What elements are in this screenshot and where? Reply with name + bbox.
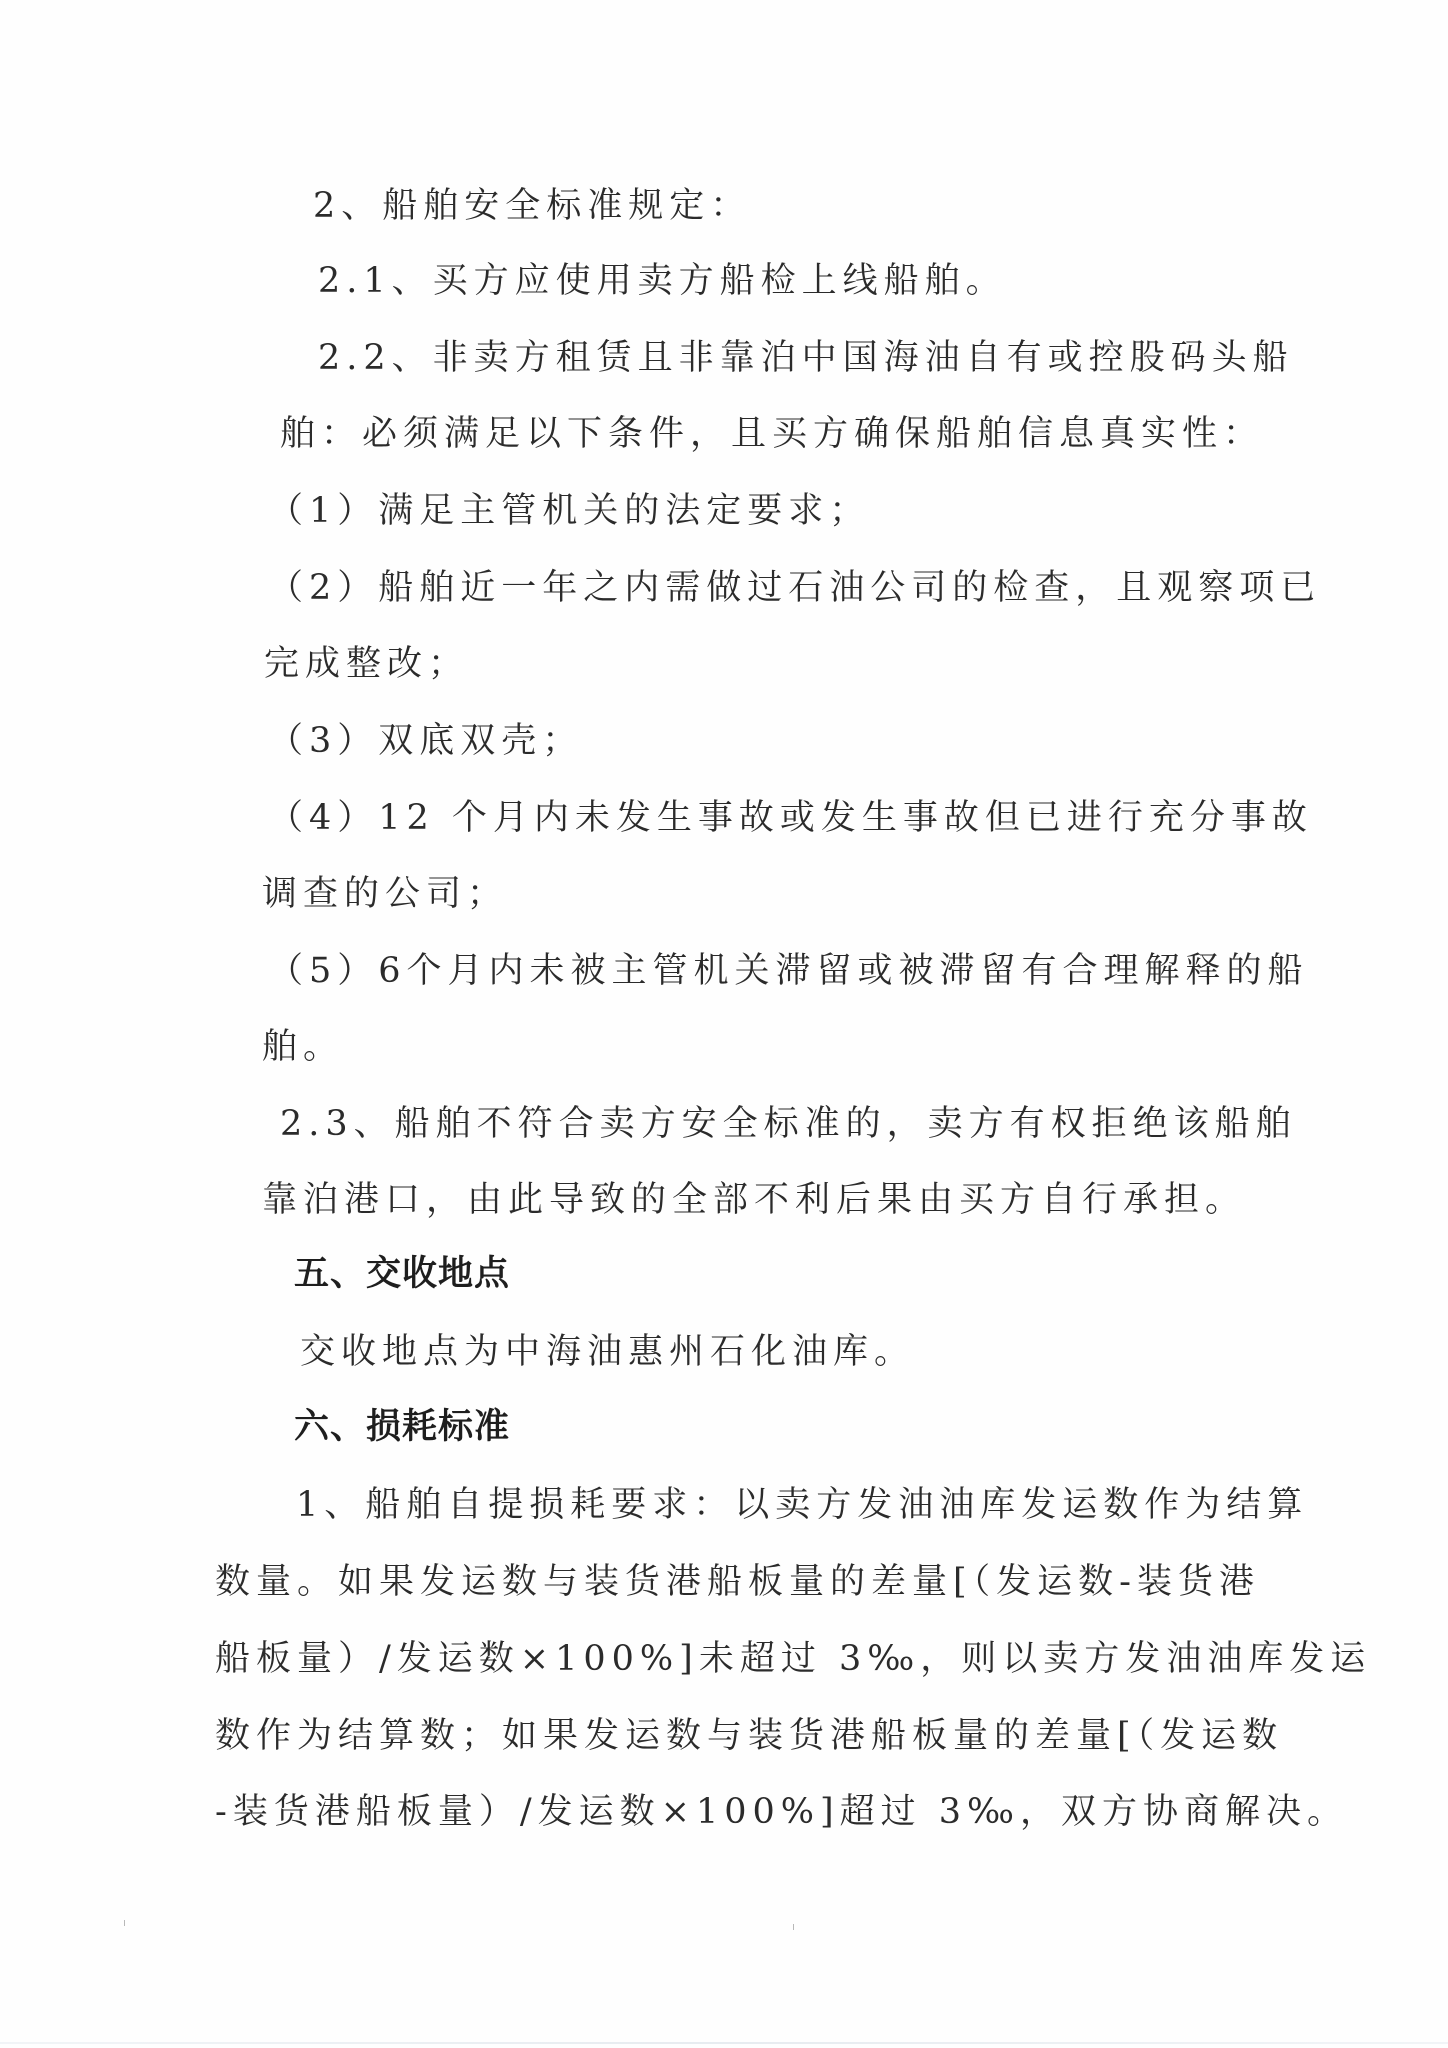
loss-clause-1-line-5: -装货港船板量）/发运数×100%]超过 3‰，双方协商解决。 [215,1790,1348,1834]
scan-speck [124,1920,125,1926]
loss-clause-1-line-4: 数作为结算数；如果发运数与装货港船板量的差量[（发运数 [215,1714,1230,1758]
condition-1: （1）满足主管机关的法定要求； [268,489,870,533]
loss-clause-1-line-2: 数量。如果发运数与装货港船板量的差量[（发运数-装货港 [215,1560,1230,1604]
document-page: 2、船舶安全标准规定： 2.1、买方应使用卖方船检上线船舶。 2.2、非卖方租赁… [0,0,1448,2048]
clause-2-2-line-2: 舶：必须满足以下条件，且买方确保船舶信息真实性： [280,412,1185,456]
condition-2-line-1: （2）船舶近一年之内需做过石油公司的检查，且观察项已 [268,566,1246,610]
condition-3: （3）双底双壳； [268,719,583,763]
condition-2-line-2: 完成整改； [264,642,469,686]
scan-edge-line [0,2042,1448,2044]
scan-speck [793,1924,794,1930]
loss-clause-1-line-3: 船板量）/发运数×100%]未超过 3‰，则以卖方发油油库发运 [215,1637,1230,1681]
condition-4-line-2: 调查的公司； [262,872,508,916]
clause-2-3-line-1: 2.3、船舶不符合卖方安全标准的，卖方有权拒绝该船舶 [280,1102,1245,1146]
clause-2-2-line-1: 2.2、非卖方租赁且非靠泊中国海油自有或控股码头船 [318,336,1248,380]
condition-5-line-1: （5）6个月内未被主管机关滞留或被滞留有合理解释的船 [268,949,1243,993]
condition-5-line-2: 舶。 [262,1025,344,1069]
condition-4-line-1: （4）12 个月内未发生事故或发生事故但已进行充分事故 [268,796,1243,840]
section-6-heading: 六、损耗标准 [294,1405,510,1449]
clause-2-3-line-2: 靠泊港口，由此导致的全部不利后果由买方自行承担。 [262,1178,1246,1222]
section-5-heading: 五、交收地点 [294,1252,510,1296]
clause-2-1: 2.1、买方应使用卖方船检上线船舶。 [318,259,1007,303]
clause-2-title: 2、船舶安全标准规定： [313,184,751,228]
delivery-location-text: 交收地点为中海油惠州石化油库。 [300,1330,915,1374]
loss-clause-1-line-1: 1、船舶自提损耗要求：以卖方发油油库发运数作为结算 [296,1483,1230,1527]
